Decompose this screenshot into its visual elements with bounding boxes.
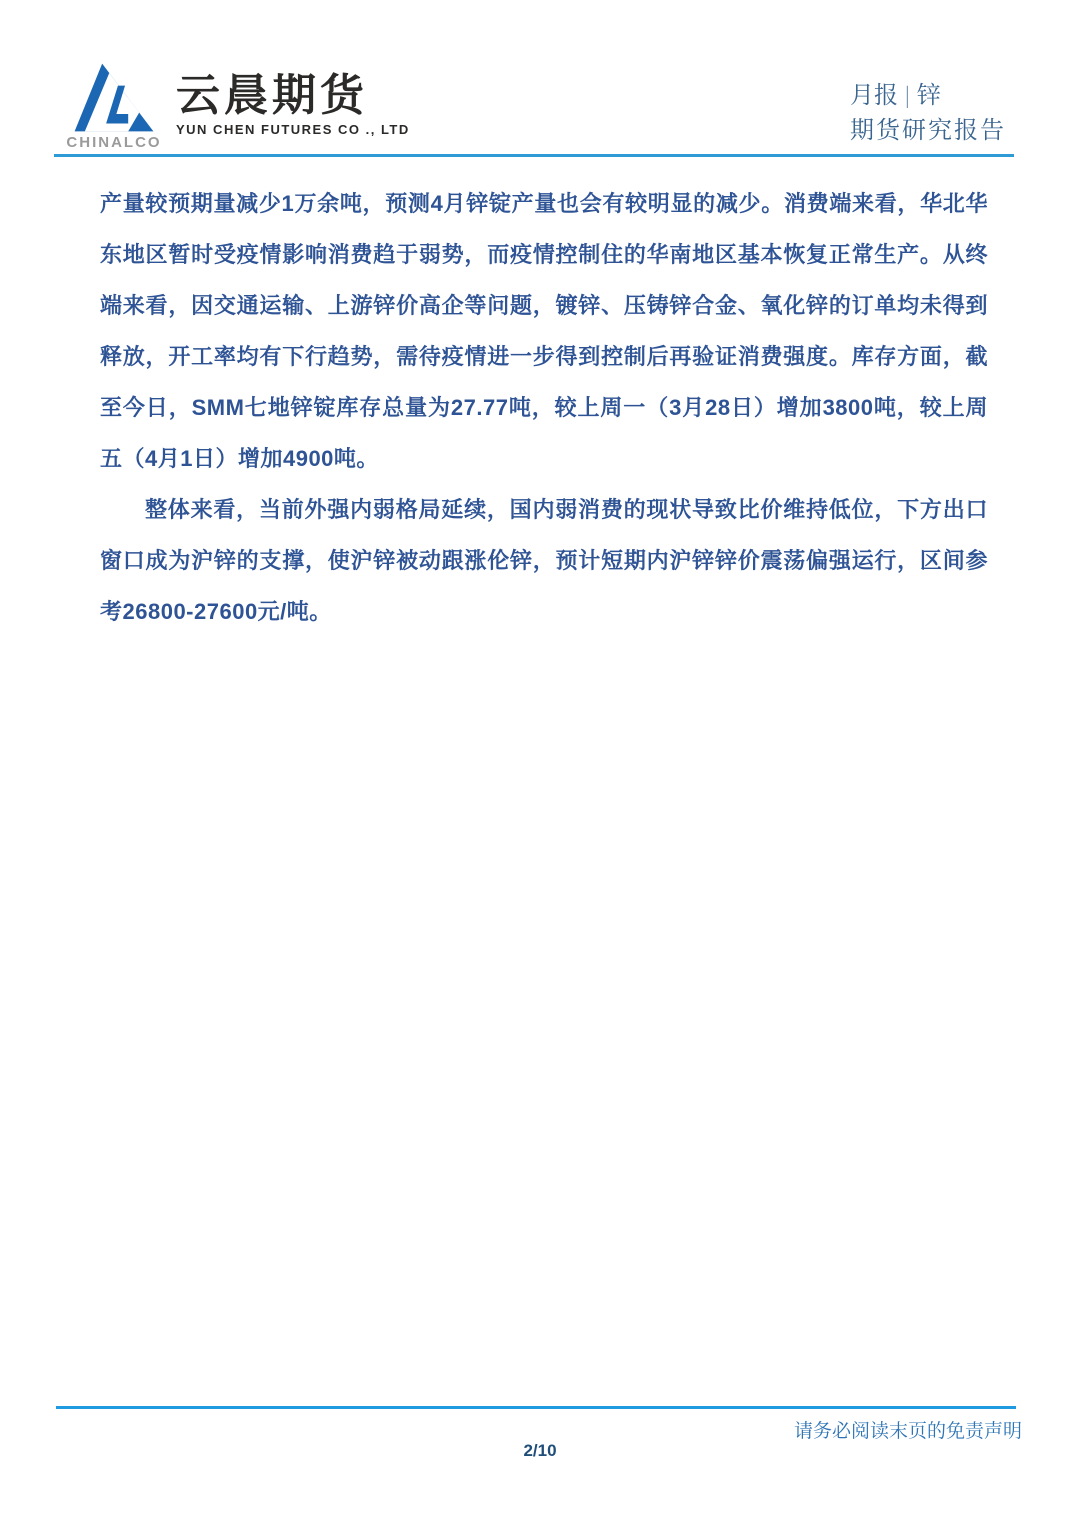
meta-divider: | xyxy=(898,83,917,109)
report-meta: 月报|锌 期货研究报告 xyxy=(850,84,1006,143)
report-type-label: 月报 xyxy=(850,83,898,109)
page-header: CHINALCO 云晨期货 YUN CHEN FUTURES CO ., LTD… xyxy=(56,60,1024,156)
paragraph-2: 整体来看，当前外强内弱格局延续，国内弱消费的现状导致比价维持低位，下方出口窗口成… xyxy=(100,484,988,637)
disclaimer-note: 请务必阅读末页的免责声明 xyxy=(794,1416,1022,1443)
company-logo: CHINALCO xyxy=(66,62,162,151)
brand-block: 云晨期货 YUN CHEN FUTURES CO ., LTD xyxy=(176,72,410,137)
header-divider xyxy=(54,154,1014,157)
logo-caption: CHINALCO xyxy=(66,134,162,151)
footer-divider xyxy=(56,1406,1016,1409)
brand-name-chinese: 云晨期货 xyxy=(176,72,410,120)
report-page: CHINALCO 云晨期货 YUN CHEN FUTURES CO ., LTD… xyxy=(0,0,1080,1526)
brand-name-english: YUN CHEN FUTURES CO ., LTD xyxy=(176,122,410,137)
page-number: 2/10 xyxy=(0,1441,1080,1461)
report-body: 产量较预期量减少1万余吨，预测4月锌锭产量也会有较明显的减少。消费端来看，华北华… xyxy=(100,178,988,637)
paragraph-1: 产量较预期量减少1万余吨，预测4月锌锭产量也会有较明显的减少。消费端来看，华北华… xyxy=(100,178,988,484)
report-type-and-commodity: 月报|锌 xyxy=(850,84,1006,108)
commodity-label: 锌 xyxy=(917,83,941,109)
chinalco-triangle-icon xyxy=(73,62,155,133)
report-category-label: 期货研究报告 xyxy=(850,119,1006,143)
